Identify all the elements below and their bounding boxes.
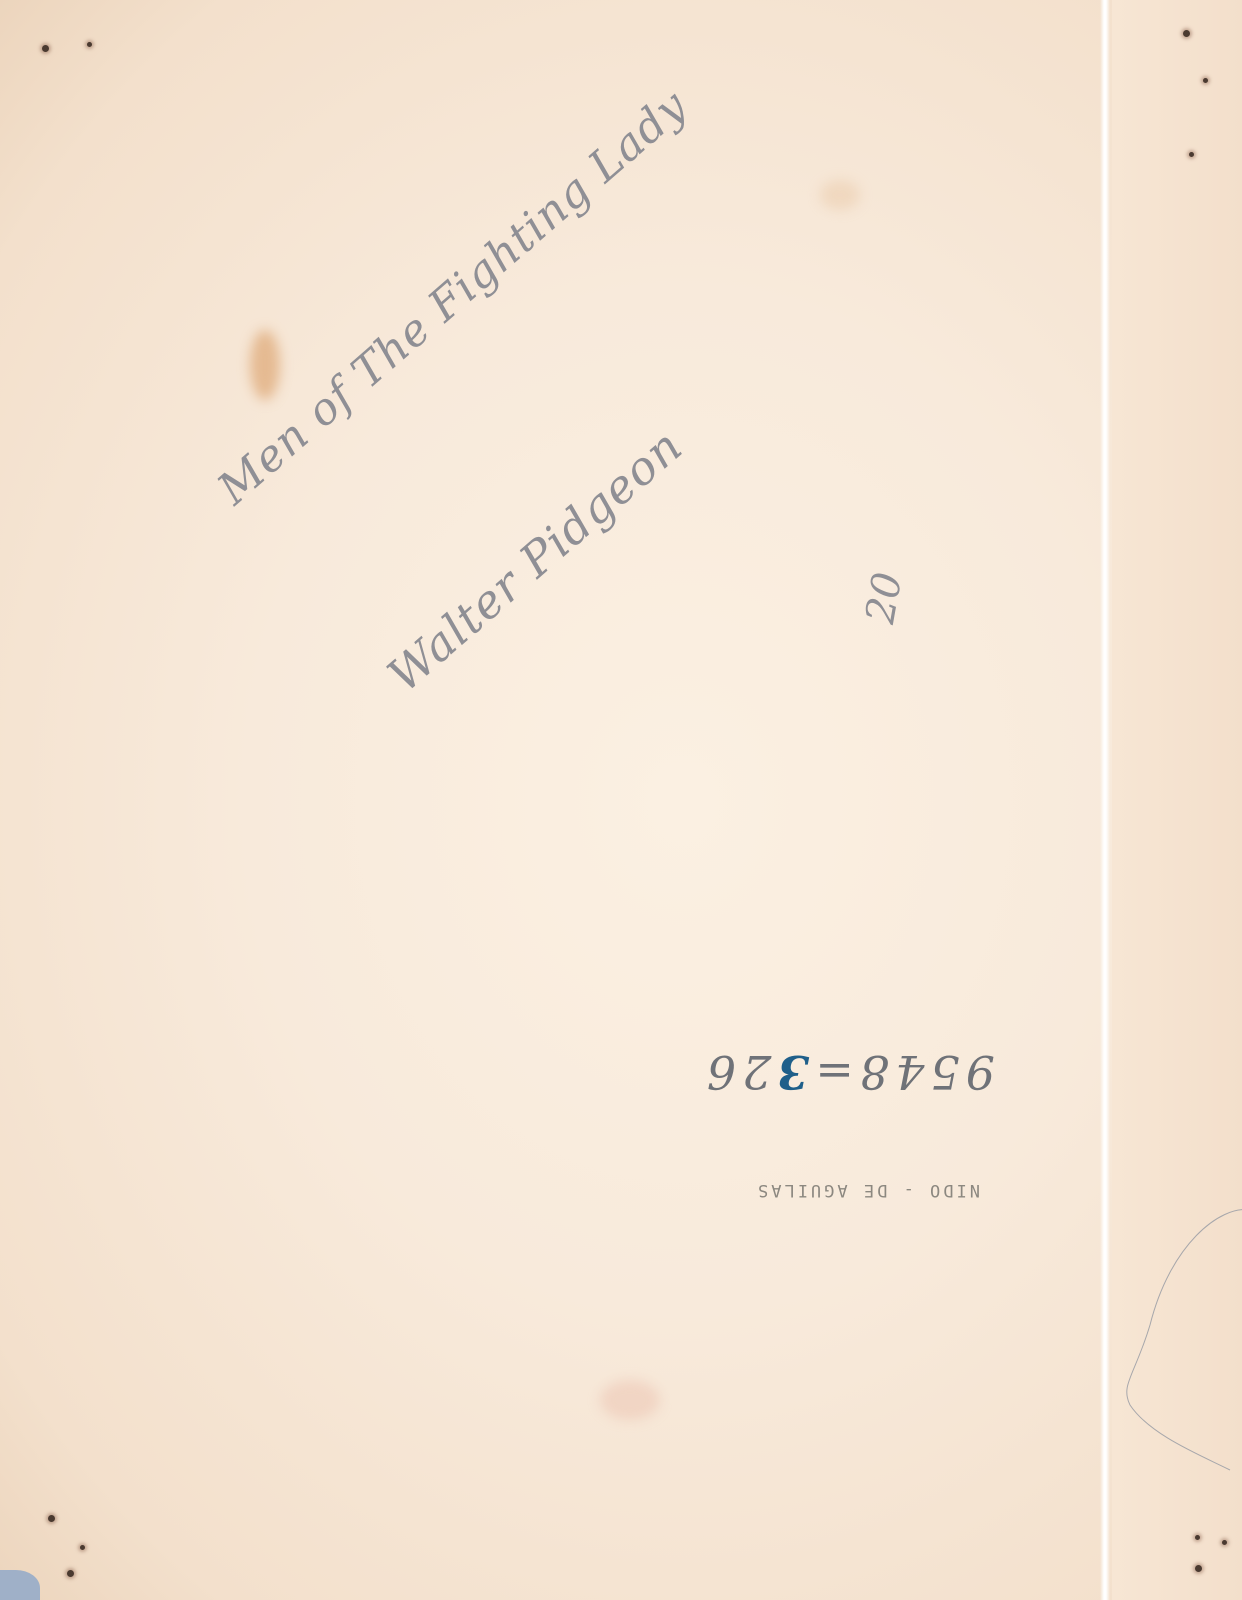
foxing-spot [820, 180, 860, 210]
handwritten-name: Walter Pidgeon [377, 418, 692, 702]
rust-stain [250, 330, 280, 400]
pin-hole [67, 1570, 74, 1577]
pin-hole [87, 42, 92, 47]
photo-back-paper: Men of The Fighting Lady Walter Pidgeon … [0, 0, 1242, 1600]
pencil-reference-suffix: 26 [701, 1045, 772, 1099]
pencil-sketch-line [1090, 1205, 1242, 1505]
reference-number: 9548=326 [595, 1045, 995, 1099]
pin-hole [1195, 1565, 1202, 1572]
pin-hole [1195, 1535, 1200, 1540]
pin-hole [80, 1545, 85, 1550]
pin-hole [1189, 152, 1194, 157]
pin-hole [1222, 1540, 1227, 1545]
pin-hole [1183, 30, 1190, 37]
pin-hole [48, 1515, 55, 1522]
ink-reference: 3 [771, 1045, 809, 1099]
foxing-spot [600, 1380, 660, 1420]
pencil-reference: 9548= [809, 1045, 995, 1099]
pin-hole [1203, 78, 1208, 83]
pin-hole [42, 45, 49, 52]
torn-corner [0, 1570, 40, 1600]
typewritten-stamp: NIDO - DE AGUILAS [680, 1180, 980, 1200]
handwritten-number: 20 [857, 569, 911, 627]
